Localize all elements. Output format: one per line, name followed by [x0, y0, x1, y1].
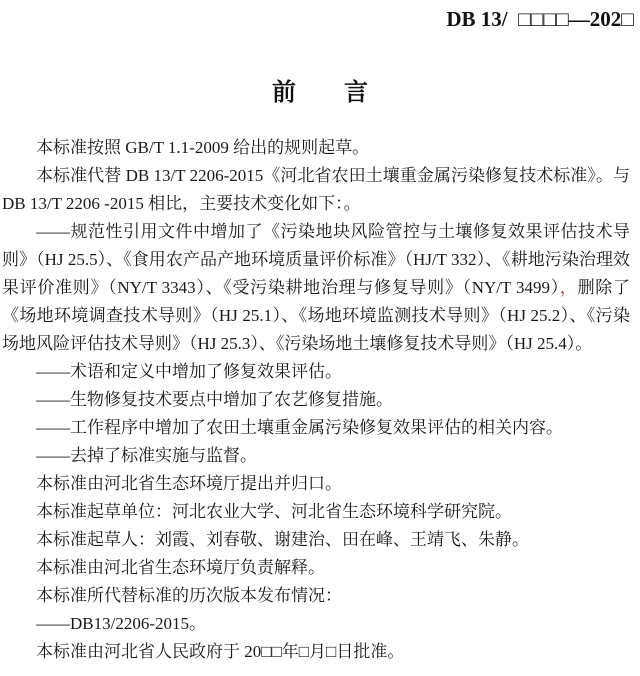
- red-comma: ，: [560, 278, 578, 297]
- para-removed-section: ——去掉了标准实施与监督。: [2, 442, 630, 470]
- standard-code-header: DB 13/ □□□□—202□: [0, 0, 640, 32]
- para-drafters: 本标准起草人：刘霞、刘春敬、谢建治、田在峰、王靖飞、朱静。: [2, 526, 630, 554]
- normative-refs-text-before: ——规范性引用文件中增加了《污染地块风险管控与土壤修复效果评估技术导则》（HJ …: [2, 222, 630, 297]
- para-previous-version-item: ——DB13/2206-2015。: [2, 610, 630, 638]
- foreword-body: 本标准按照 GB/T 1.1-2009 给出的规则起草。 本标准代替 DB 13…: [0, 134, 640, 666]
- para-replaces-standard: 本标准代替 DB 13/T 2206-2015《河北省农田土壤重金属污染修复技术…: [2, 162, 630, 218]
- para-drafting-organizations: 本标准起草单位：河北农业大学、河北省生态环境科学研究院。: [2, 498, 630, 526]
- para-approval: 本标准由河北省人民政府于 20□□年□月□日批准。: [2, 638, 630, 666]
- page-title: 前 言: [0, 78, 640, 108]
- para-interpretation: 本标准由河北省生态环境厅负责解释。: [2, 554, 630, 582]
- para-normative-refs-change: ——规范性引用文件中增加了《污染地块风险管控与土壤修复效果评估技术导则》（HJ …: [2, 218, 630, 358]
- para-terms-change: ——术语和定义中增加了修复效果评估。: [2, 358, 630, 386]
- para-proposed-by: 本标准由河北省生态环境厅提出并归口。: [2, 470, 630, 498]
- para-bioremediation-change: ——生物修复技术要点中增加了农艺修复措施。: [2, 386, 630, 414]
- document-page: DB 13/ □□□□—202□ 前 言 本标准按照 GB/T 1.1-2009…: [0, 0, 640, 676]
- para-procedure-change: ——工作程序中增加了农田土壤重金属污染修复效果评估的相关内容。: [2, 414, 630, 442]
- para-previous-versions-heading: 本标准所代替标准的历次版本发布情况：: [2, 582, 630, 610]
- para-drafting-rule: 本标准按照 GB/T 1.1-2009 给出的规则起草。: [2, 134, 630, 162]
